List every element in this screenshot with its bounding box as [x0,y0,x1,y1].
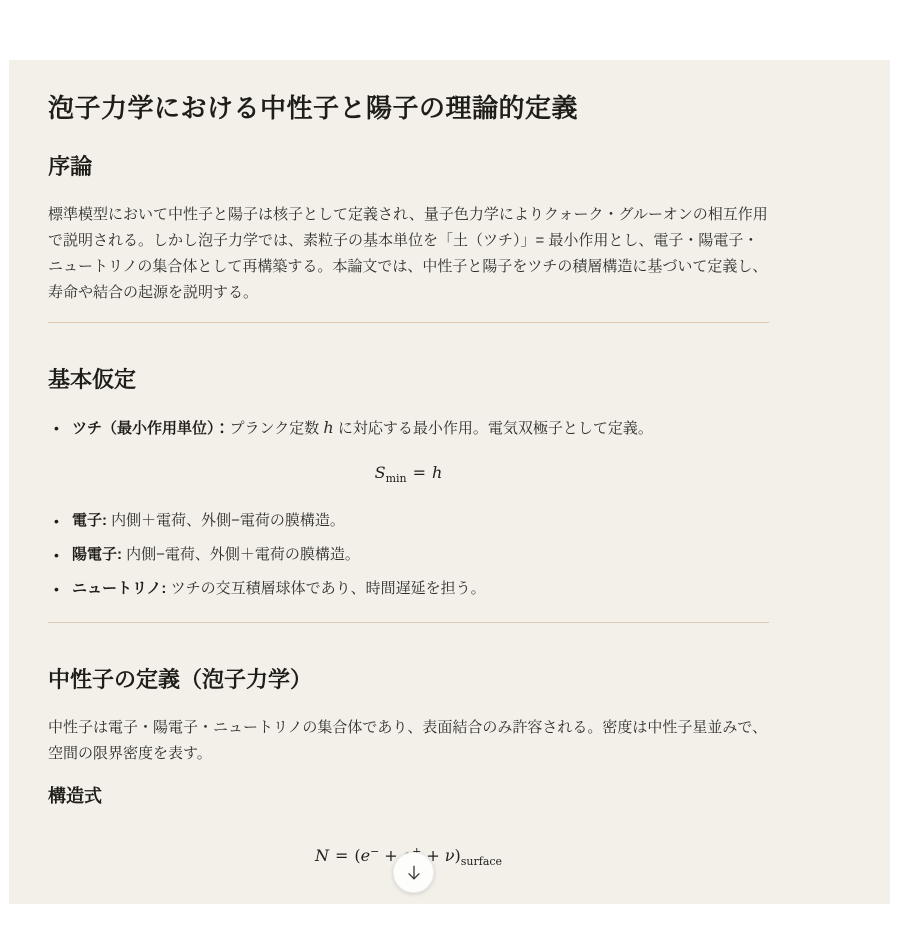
math-var-N: N [315,846,329,865]
document-panel: 泡子力学における中性子と陽子の理論的定義 序論 標準模型において中性子と陽子は核… [9,60,890,904]
list-item-tsuchi: • ツチ（最小作用単位）：プランク定数 h に対応する最小作用。電気双極子として… [48,415,769,494]
math-var-nu: ν [445,846,455,865]
section-heading-neutron-definition: 中性子の定義（泡子力学） [48,665,769,695]
bullet-icon: • [54,508,59,534]
section-heading-assumptions: 基本仮定 [48,365,769,395]
formula-smin: Smin=h [48,458,769,494]
scroll-down-button[interactable] [393,852,434,893]
list-item-positron: • 陽電子: 内側−電荷、外側＋電荷の膜構造。 [48,542,769,568]
math-sub-min: min [386,472,407,485]
clipped-next-section-heading: 陽子の定義（泡子力学） [48,903,769,904]
bullet-icon: • [54,542,59,568]
section-heading-intro: 序論 [48,152,769,182]
neutron-paragraph: 中性子は電子・陽電子・ニュートリノの集合体であり、表面結合のみ許容される。密度は… [48,715,769,767]
math-var-h: h [432,463,442,482]
bullet-text: 内側−電荷、外側＋電荷の膜構造。 [122,546,360,563]
bullet-label: ニュートリノ: [72,580,166,597]
bullet-text: ツチの交互積層球体であり、時間遅延を担う。 [166,580,485,597]
intro-paragraph: 標準模型において中性子と陽子は核子として定義され、量子色力学によりクォーク・グル… [48,202,769,306]
bullet-icon: • [54,415,59,441]
math-equals: = [335,846,348,865]
bullet-label: ツチ（最小作用単位）： [72,420,230,437]
bullet-label: 電子: [72,512,107,529]
bullet-text: 内側＋電荷、外側−電荷の膜構造。 [107,512,345,529]
math-sub-surface: surface [461,855,502,868]
section-divider [48,322,769,323]
math-var-e-minus: e [361,846,370,865]
math-var-S: S [375,463,386,482]
down-arrow-icon [404,863,424,883]
bullet-text: プランク定数 [230,420,324,437]
list-item-electron: • 電子: 内側＋電荷、外側−電荷の膜構造。 [48,508,769,534]
section-divider [48,622,769,623]
math-equals: = [413,463,426,482]
bullet-text: に対応する最小作用。電気双極子として定義。 [334,420,653,437]
bullet-icon: • [54,576,59,602]
bullet-label: 陽電子: [72,546,122,563]
document-title: 泡子力学における中性子と陽子の理論的定義 [48,90,769,126]
inline-math-h: h [323,418,333,437]
subsection-heading-structure: 構造式 [48,783,769,809]
list-item-neutrino: • ニュートリノ: ツチの交互積層球体であり、時間遅延を担う。 [48,576,769,602]
document-content: 泡子力学における中性子と陽子の理論的定義 序論 標準模型において中性子と陽子は核… [48,60,769,904]
math-sup-minus: − [370,845,379,858]
page: 泡子力学における中性子と陽子の理論的定義 序論 標準模型において中性子と陽子は核… [0,0,905,929]
assumptions-list: • ツチ（最小作用単位）：プランク定数 h に対応する最小作用。電気双極子として… [48,415,769,602]
